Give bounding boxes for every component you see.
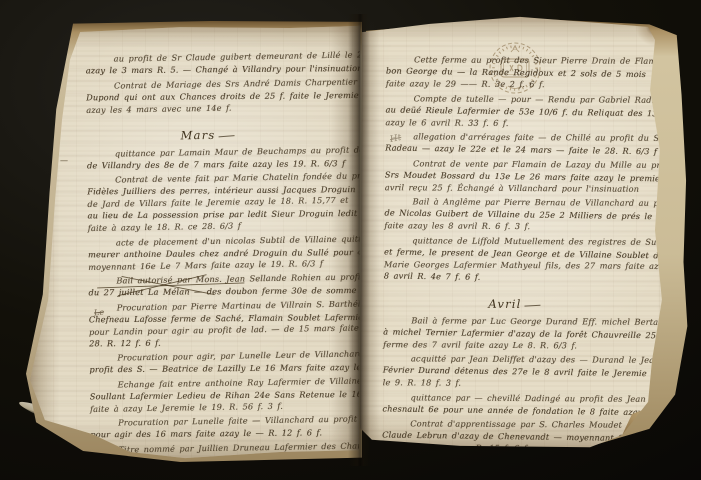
manuscript-line: 9 avril faite azay — R. 15 f. 6 f.: [382, 441, 644, 455]
left-page: au profit de Sr Claude guibert demeurant…: [30, 25, 360, 462]
manuscript-line: avril reçu 25 f. Échangé à Villanchard p…: [385, 181, 647, 195]
entry-paragraph: acte de placement d'un nicolas Subtil de…: [88, 233, 330, 272]
manuscript-line: pour agir des 16 mars faite azay le — R.…: [90, 426, 332, 440]
entry-paragraph: acquitté par Jean Deliffet d'azay des — …: [383, 352, 645, 391]
entry-paragraph: quittance par — chevillé Dadingé au prof…: [382, 390, 644, 417]
manuscript-line: Radeau — azay le 22e et le 24 mars — fai…: [385, 141, 647, 157]
manuscript-line: azay le 6 avril R. 33 f. 6 f.: [385, 116, 647, 130]
margin-struck-word: Le: [94, 307, 105, 317]
entry-paragraph-struck: Bail autorisé par Mons. Jean Sellande Ro…: [88, 272, 330, 299]
embossed-fiscal-stamp-icon: [484, 40, 546, 98]
margin-dash-mark: —: [60, 156, 67, 165]
entry-paragraph: Contrat de vente fait par Marie Chatelin…: [87, 171, 330, 234]
month-heading: Avril: [383, 295, 645, 312]
entry-paragraph: Bail à ferme par Luc George Durand Eff. …: [383, 313, 645, 352]
entry-paragraph: Procuration par Pierre Martinau de Villr…: [89, 298, 332, 349]
manuscript-line: faite à azay le 18. R. ce 28. 6/3 f: [88, 218, 330, 234]
entry-paragraph: Procuration pour agir, par Lunelle Leur …: [89, 349, 331, 376]
manuscript-line: faite azay les 8 avril R. 6 f. 3 f.: [384, 219, 646, 233]
manuscript-photo: au profit de Sr Claude guibert demeurant…: [0, 0, 701, 480]
entry-paragraph: Contrat de vente par Flamain de Lazay du…: [385, 156, 647, 195]
manuscript-line: le 9. R. 18 f. 3 f.: [383, 376, 645, 390]
strikethrough-cross: [93, 272, 282, 298]
entry-paragraph: allegation d'arrérages faite — de Chillé…: [385, 130, 647, 157]
left-page-text-column: au profit de Sr Claude guibert demeurant…: [86, 50, 333, 458]
month-heading: Mars: [86, 126, 328, 143]
entry-paragraph: au profit de Sr Claude guibert demeurant…: [86, 50, 328, 77]
manuscript-line: profit des S. — Beatrice de Lazilly Le 1…: [89, 361, 331, 375]
manuscript-line: 28. R. 12 f. 6 f.: [89, 335, 331, 349]
entry-paragraph: quittance par Lamain Maur de Beuchamps a…: [87, 144, 329, 171]
right-page-text-column: Cette ferme au profit des Sieur Pierre D…: [382, 53, 648, 458]
entry-paragraph: Bail à Anglême par Pierre Bernau de Vill…: [384, 195, 646, 234]
manuscript-line: ferme des 7 avril faite azay Le 8. R. 6/…: [383, 338, 645, 352]
right-page: Cette ferme au profit des Sieur Pierre D…: [360, 16, 690, 452]
manuscript-line: azay le 3 mars R. 5. — Changé à Villandr…: [86, 62, 328, 76]
entry-paragraph: Contrat de Mariage des Srs André Damis C…: [86, 76, 328, 115]
entry-paragraph: Contrat d'apprentissage par S. Charles M…: [382, 417, 644, 456]
entry-paragraph: Echange fait entre anthoine Ray Lafermie…: [90, 375, 332, 414]
manuscript-line: de Villandry des 8e de 7 mars faite azay…: [87, 157, 329, 171]
entry-paragraph: Procuration par Lunelle faite — Villanch…: [90, 414, 332, 441]
entry-paragraph: quittance de Liffold Mutuellement des re…: [384, 233, 646, 284]
